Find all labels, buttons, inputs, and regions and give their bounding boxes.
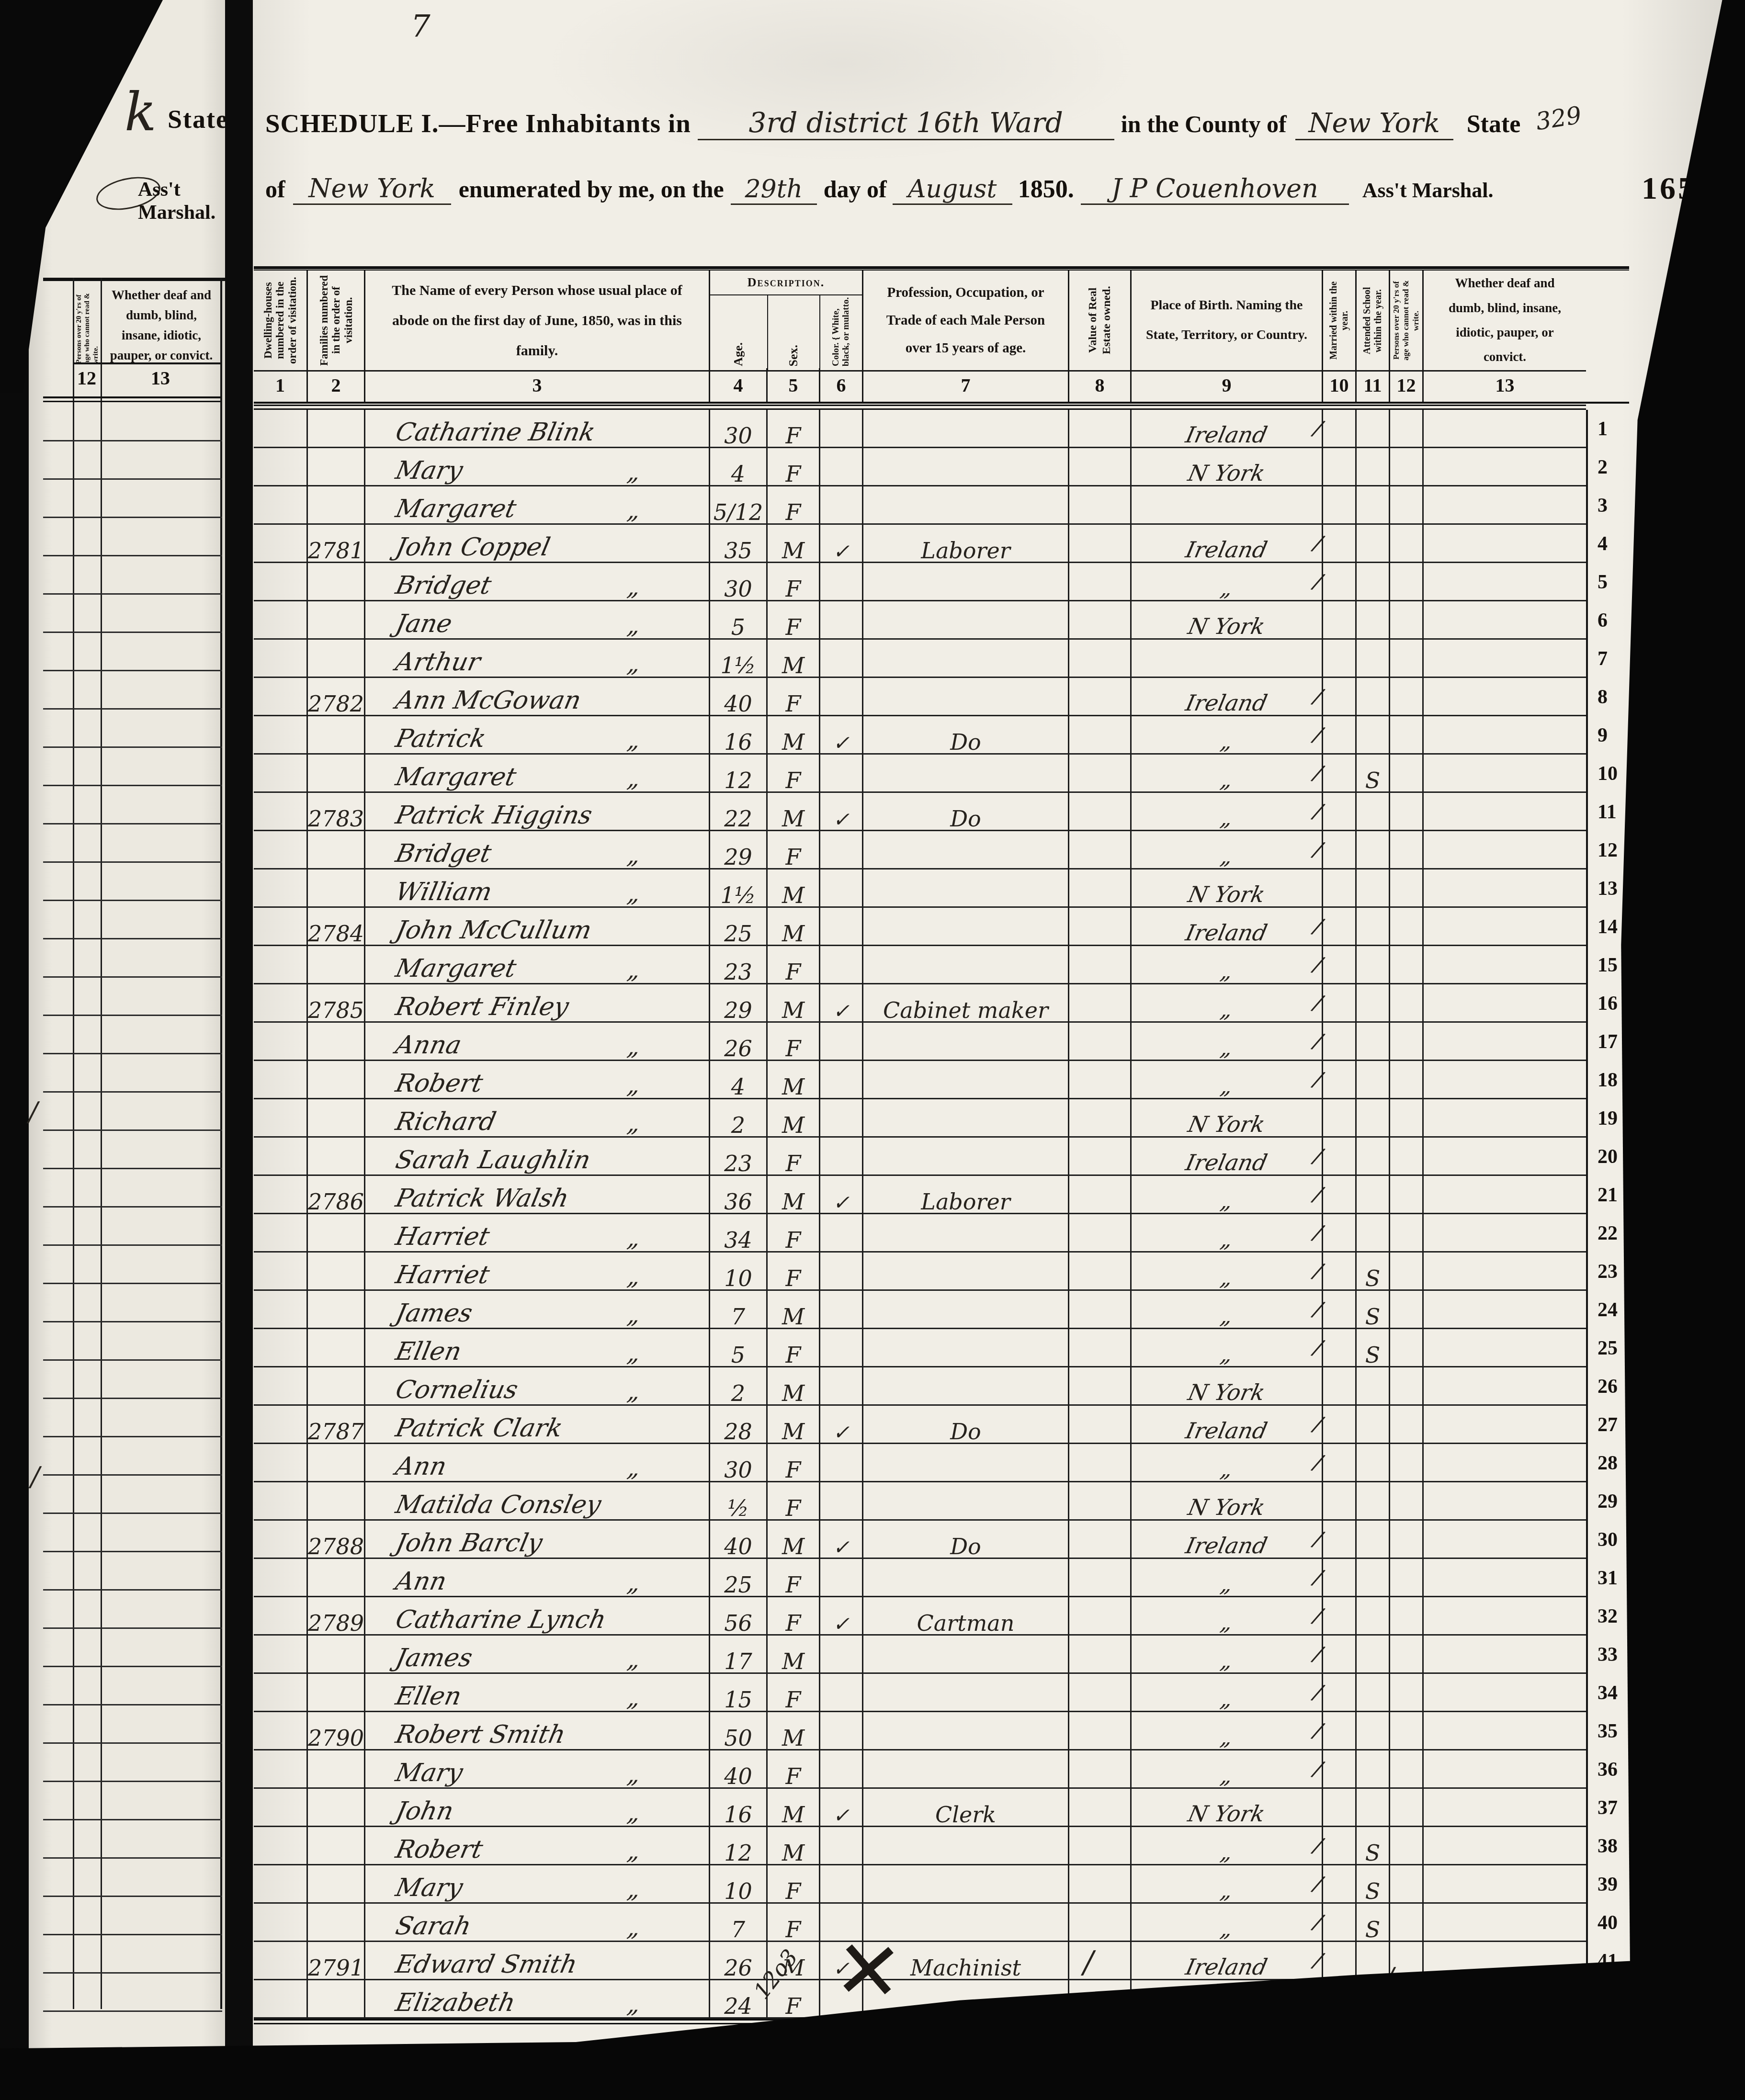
cell-married-within-year (1322, 908, 1355, 946)
person-name: Mary (393, 1759, 465, 1787)
cell-family-number: 2789 (306, 1597, 364, 1636)
ditto-mark: „ (625, 1224, 643, 1252)
cell-sex: M (766, 869, 819, 908)
cell-family-number (306, 755, 364, 793)
cell-cannot-read-write (1389, 1061, 1422, 1099)
birthplace: Ireland (1184, 1956, 1269, 1978)
ditto-mark: „ (625, 1569, 643, 1597)
enumerated-label: enumerated by me, on the (459, 175, 724, 203)
cell-occupation (862, 1099, 1068, 1138)
cell-color-check (819, 1674, 862, 1712)
col-number: 6 (819, 368, 862, 402)
person-name: John Coppel (393, 533, 553, 562)
cell-age: 15 (709, 1674, 766, 1712)
cell-age: 40 (709, 1521, 766, 1559)
cell-age: ½ (709, 1482, 766, 1521)
cell-cannot-read-write (1389, 1865, 1422, 1904)
left-double-rule (43, 396, 222, 402)
row-line-number: 2 (1586, 448, 1629, 486)
cell-occupation: Do (862, 1521, 1068, 1559)
cell-dwelling-number (254, 755, 306, 793)
row-line-number: 29 (1586, 1482, 1629, 1521)
cell-name: Richard „ (364, 1099, 709, 1138)
cell-married-within-year (1322, 1482, 1355, 1521)
birthplace: „ (1219, 1343, 1235, 1365)
cell-family-number (306, 1827, 364, 1865)
cell-cannot-read-write (1389, 1482, 1422, 1521)
cell-deaf-dumb (1422, 486, 1586, 525)
ditto-mark: „ (625, 573, 643, 601)
description-subcolumns: Age. Sex. Color. { White, black, or mula… (710, 295, 862, 370)
cell-color-check: ✓ (819, 793, 862, 831)
cell-color-check (819, 640, 862, 678)
cell-deaf-dumb (1422, 1865, 1586, 1904)
cell-dwelling-number (254, 486, 306, 525)
of-label: of (265, 175, 285, 203)
cell-name: Matilda Consley (364, 1482, 709, 1521)
cell-married-within-year (1322, 1636, 1355, 1674)
district-handwritten: 3rd district 16th Ward (698, 106, 1114, 140)
cell-real-estate-value (1068, 1521, 1130, 1559)
col-number: 7 (862, 368, 1068, 402)
cell-cannot-read-write (1389, 410, 1422, 448)
cell-color-check (819, 410, 862, 448)
person-name: John (393, 1797, 456, 1826)
person-name: Harriet (393, 1222, 492, 1251)
cell-occupation: Cabinet maker (862, 984, 1068, 1023)
person-name: Jane (393, 610, 455, 638)
cell-sex: F (766, 1482, 819, 1521)
cell-real-estate-value (1068, 1291, 1130, 1329)
birthplace: „ (1219, 1879, 1235, 1901)
cell-cannot-read-write (1389, 1406, 1422, 1444)
person-name: John McCullum (393, 916, 594, 945)
cell-deaf-dumb (1422, 601, 1586, 640)
left-state-label: State (168, 104, 228, 134)
cell-family-number (306, 563, 364, 601)
cell-name: John Coppel (364, 525, 709, 563)
person-name: Patrick Higgins (393, 801, 595, 830)
row-line-number: 33 (1586, 1636, 1629, 1674)
cell-cannot-read-write (1389, 1636, 1422, 1674)
cell-cannot-read-write (1389, 1444, 1422, 1482)
cell-cannot-read-write (1389, 1214, 1422, 1253)
cell-cannot-read-write (1389, 1597, 1422, 1636)
cell-married-within-year (1322, 640, 1355, 678)
cell-deaf-dumb (1422, 410, 1586, 448)
table-row: Robert „ 4 M „ ∕ 18 (254, 1061, 1629, 1099)
cell-color-check (819, 486, 862, 525)
cell-sex: F (766, 486, 819, 525)
title-line-2: of New York enumerated by me, on the 29t… (265, 173, 1494, 205)
table-row: Bridget „ 30 F „ ∕ 5 (254, 563, 1629, 601)
cell-real-estate-value (1068, 1674, 1130, 1712)
schedule-label: SCHEDULE I.—Free Inhabitants in (265, 108, 691, 138)
cell-real-estate-value (1068, 601, 1130, 640)
birthplace: Ireland (1184, 424, 1269, 446)
cell-age: 2 (709, 1099, 766, 1138)
cell-color-check (819, 1214, 862, 1253)
cell-attended-school (1355, 1750, 1389, 1789)
person-name: Margaret (393, 763, 519, 791)
cell-occupation (862, 486, 1068, 525)
cell-age: 4 (709, 1061, 766, 1099)
cell-name: John Barcly (364, 1521, 709, 1559)
cell-color-check (819, 1329, 862, 1367)
cell-dwelling-number (254, 1712, 306, 1750)
cell-dwelling-number (254, 1980, 306, 2019)
cell-age: 17 (709, 1636, 766, 1674)
cell-dwelling-number (254, 716, 306, 755)
cell-deaf-dumb (1422, 1329, 1586, 1367)
cell-occupation (862, 1827, 1068, 1865)
cell-attended-school (1355, 1712, 1389, 1750)
person-name: Ann (393, 1452, 449, 1481)
cell-color-check (819, 755, 862, 793)
cell-sex: F (766, 1865, 819, 1904)
birthplace: Ireland (1184, 1152, 1269, 1174)
cell-attended-school (1355, 793, 1389, 831)
cell-age: 56 (709, 1597, 766, 1636)
cell-occupation (862, 1214, 1068, 1253)
birthplace: „ (1219, 1649, 1235, 1671)
row-line-number: 10 (1586, 755, 1629, 793)
cell-sex: M (766, 793, 819, 831)
cell-family-number: 2787 (306, 1406, 364, 1444)
cell-occupation (862, 1559, 1068, 1597)
left-marshal-label: Ass't Marshal. (138, 178, 225, 224)
header-gutter (1586, 271, 1629, 372)
row-line-number: 1 (1586, 410, 1629, 448)
cell-deaf-dumb (1422, 1674, 1586, 1712)
cell-age: 12 (709, 755, 766, 793)
cell-cannot-read-write (1389, 1176, 1422, 1214)
birthplace: N York (1186, 462, 1267, 484)
cell-cannot-read-write (1389, 563, 1422, 601)
day-handwritten: 29th (731, 175, 817, 205)
cell-cannot-read-write (1389, 716, 1422, 755)
cell-real-estate-value (1068, 716, 1130, 755)
cell-attended-school (1355, 1444, 1389, 1482)
numbers-gutter (1586, 368, 1629, 402)
cell-age: 25 (709, 1559, 766, 1597)
cell-age: 5 (709, 1329, 766, 1367)
cell-family-number (306, 1291, 364, 1329)
cell-age: 36 (709, 1176, 766, 1214)
cell-dwelling-number (254, 1597, 306, 1636)
person-name: James (393, 1644, 475, 1672)
row-line-number: 39 (1586, 1865, 1629, 1904)
cell-attended-school: S (1355, 1904, 1389, 1942)
cell-dwelling-number (254, 1674, 306, 1712)
cell-name: Patrick Higgins (364, 793, 709, 831)
cell-birthplace: Ireland ∕ (1130, 1942, 1322, 1980)
cell-occupation (862, 678, 1068, 716)
county-label: in the County of (1121, 110, 1287, 138)
cell-sex: M (766, 1521, 819, 1559)
cell-occupation (862, 908, 1068, 946)
cell-married-within-year (1322, 984, 1355, 1023)
birthplace: „ (1219, 845, 1235, 867)
cell-birthplace: „ ∕ (1130, 1559, 1322, 1597)
cell-family-number (306, 1636, 364, 1674)
cell-attended-school (1355, 1061, 1389, 1099)
cell-family-number (306, 410, 364, 448)
cell-age: 30 (709, 563, 766, 601)
cell-married-within-year (1322, 755, 1355, 793)
cell-occupation: Cartman (862, 1597, 1068, 1636)
cell-family-number (306, 486, 364, 525)
cell-deaf-dumb (1422, 1636, 1586, 1674)
person-name: Sarah (393, 1912, 474, 1941)
cell-deaf-dumb (1422, 1023, 1586, 1061)
cell-occupation (862, 1750, 1068, 1789)
birthplace: N York (1186, 615, 1267, 637)
col-header-sex: Sex. (767, 295, 819, 370)
cell-occupation (862, 1138, 1068, 1176)
person-name: Harriet (393, 1261, 492, 1289)
col-number: 9 (1130, 368, 1322, 402)
table-row: 2786 Patrick Walsh 36 M ✓ Laborer „ ∕ 21 (254, 1176, 1629, 1214)
cell-birthplace: „ ∕ (1130, 563, 1322, 601)
cell-family-number (306, 1023, 364, 1061)
cell-family-number (306, 1329, 364, 1367)
left-col13-header: Whether deaf and dumb, blind, insane, id… (103, 287, 220, 364)
birthplace: „ (1219, 1688, 1235, 1710)
row-line-number: 26 (1586, 1367, 1629, 1406)
cell-dwelling-number (254, 1521, 306, 1559)
cell-attended-school (1355, 1521, 1389, 1559)
birthplace: „ (1219, 1266, 1235, 1288)
col-header-school: Attended School within the year. (1355, 271, 1389, 372)
cell-sex: F (766, 1559, 819, 1597)
cell-deaf-dumb (1422, 640, 1586, 678)
left-table-top-rule (43, 278, 225, 281)
cell-married-within-year (1322, 1904, 1355, 1942)
col-header-name: The Name of every Person whose usual pla… (364, 271, 709, 372)
cell-dwelling-number (254, 1329, 306, 1367)
cell-real-estate-value (1068, 1444, 1130, 1482)
cell-deaf-dumb (1422, 1827, 1586, 1865)
cell-dwelling-number (254, 1138, 306, 1176)
birthplace: „ (1219, 1726, 1235, 1748)
cell-birthplace: N York (1130, 1482, 1322, 1521)
cell-birthplace: „ ∕ (1130, 1214, 1322, 1253)
cell-married-within-year (1322, 1750, 1355, 1789)
cell-occupation (862, 1061, 1068, 1099)
cell-sex: M (766, 1827, 819, 1865)
person-name: Robert (393, 1835, 486, 1864)
ditto-mark: „ (625, 497, 643, 524)
cell-family-number (306, 1099, 364, 1138)
table-row: Matilda Consley ½ F N York 29 (254, 1482, 1629, 1521)
cell-deaf-dumb (1422, 946, 1586, 984)
cell-family-number (306, 1138, 364, 1176)
cell-married-within-year (1322, 563, 1355, 601)
cell-dwelling-number (254, 640, 306, 678)
table-row: Catharine Blink 30 F Ireland ∕ 1 (254, 410, 1629, 448)
cell-age: 5 (709, 601, 766, 640)
cell-age: 30 (709, 1444, 766, 1482)
cell-dwelling-number (254, 1636, 306, 1674)
cell-family-number (306, 869, 364, 908)
cell-real-estate-value (1068, 1559, 1130, 1597)
cell-married-within-year (1322, 1942, 1355, 1980)
cell-dwelling-number (254, 525, 306, 563)
cell-married-within-year (1322, 1865, 1355, 1904)
cell-family-number: 2783 (306, 793, 364, 831)
cell-name: Robert „ (364, 1061, 709, 1099)
cell-birthplace: „ ∕ (1130, 1253, 1322, 1291)
cell-attended-school (1355, 1789, 1389, 1827)
cell-name: Patrick Clark (364, 1406, 709, 1444)
birthplace: Ireland (1184, 1420, 1269, 1442)
cell-attended-school: S (1355, 1329, 1389, 1367)
cell-age: 29 (709, 831, 766, 869)
cell-attended-school (1355, 601, 1389, 640)
row-line-number: 35 (1586, 1712, 1629, 1750)
birthplace: „ (1219, 1228, 1235, 1250)
cell-cannot-read-write (1389, 525, 1422, 563)
cell-married-within-year (1322, 1827, 1355, 1865)
cell-deaf-dumb (1422, 869, 1586, 908)
cell-family-number: 2785 (306, 984, 364, 1023)
ditto-mark: „ (625, 1071, 643, 1099)
person-name: Patrick Walsh (393, 1184, 572, 1213)
cell-married-within-year (1322, 1789, 1355, 1827)
cell-cannot-read-write (1389, 486, 1422, 525)
marshal-label: Ass't Marshal. (1362, 178, 1494, 203)
birthplace: „ (1219, 1918, 1235, 1940)
cell-deaf-dumb (1422, 831, 1586, 869)
cell-color-check (819, 946, 862, 984)
cell-family-number (306, 831, 364, 869)
cell-name: Robert Finley (364, 984, 709, 1023)
cell-married-within-year (1322, 410, 1355, 448)
person-name: Edward Smith (393, 1950, 580, 1979)
cell-deaf-dumb (1422, 1597, 1586, 1636)
col-header-profession: Profession, Occupation, or Trade of each… (862, 271, 1068, 372)
cell-cannot-read-write (1389, 1559, 1422, 1597)
cell-dwelling-number (254, 1023, 306, 1061)
ditto-mark: „ (625, 726, 643, 754)
col-number: 13 (1422, 368, 1586, 402)
table-row: 2790 Robert Smith 50 M „ ∕ 35 (254, 1712, 1629, 1750)
person-name: Margaret (393, 495, 519, 523)
col-number: 8 (1068, 368, 1130, 402)
cell-family-number (306, 1674, 364, 1712)
main-page: 7 SCHEDULE I.—Free Inhabitants in 3rd di… (253, 0, 1724, 2100)
cell-attended-school (1355, 1176, 1389, 1214)
row-line-number: 8 (1586, 678, 1629, 716)
cell-age: 40 (709, 1750, 766, 1789)
cell-name: Jane „ (364, 601, 709, 640)
person-name: Ellen (393, 1337, 464, 1366)
cell-age: 29 (709, 984, 766, 1023)
cell-dwelling-number (254, 984, 306, 1023)
cell-real-estate-value (1068, 486, 1130, 525)
cell-married-within-year (1322, 1444, 1355, 1482)
ditto-mark: „ (625, 1914, 643, 1942)
cell-occupation (862, 1712, 1068, 1750)
cell-deaf-dumb (1422, 1406, 1586, 1444)
person-name: Anna (393, 1031, 464, 1060)
cell-color-check (819, 1099, 862, 1138)
cell-attended-school (1355, 946, 1389, 984)
col-header-real-estate: Value of Real Estate owned. (1068, 271, 1130, 372)
cell-dwelling-number (254, 601, 306, 640)
col-header-married: Married within the year. (1322, 271, 1355, 372)
cell-deaf-dumb (1422, 1061, 1586, 1099)
cell-real-estate-value (1068, 1138, 1130, 1176)
cell-birthplace: Ireland ∕ (1130, 1138, 1322, 1176)
left-col12-number: 12 (73, 367, 101, 389)
cell-attended-school (1355, 869, 1389, 908)
cell-dwelling-number (254, 1367, 306, 1406)
table-row: 2785 Robert Finley 29 M ✓ Cabinet maker … (254, 984, 1629, 1023)
pen-slash-mark: ∕ (1083, 1945, 1094, 1980)
birthplace: Ireland (1184, 1535, 1269, 1557)
cell-cannot-read-write (1389, 1253, 1422, 1291)
cell-cannot-read-write (1389, 1521, 1422, 1559)
year-label: 1850. (1018, 175, 1074, 203)
cell-married-within-year (1322, 1406, 1355, 1444)
col-header-dwelling: Dwelling-houses numbered in the order of… (254, 271, 306, 372)
cell-color-check (819, 678, 862, 716)
birthplace: „ (1219, 768, 1235, 790)
birthplace: „ (1219, 1190, 1235, 1212)
cell-deaf-dumb (1422, 716, 1586, 755)
person-name: Patrick Clark (393, 1414, 566, 1443)
birthplace: „ (1219, 1037, 1235, 1059)
ditto-mark: „ (625, 1761, 643, 1788)
cell-dwelling-number (254, 1482, 306, 1521)
cell-name: Margaret „ (364, 486, 709, 525)
cell-color-check (819, 1482, 862, 1521)
cell-cannot-read-write (1389, 946, 1422, 984)
cell-cannot-read-write (1389, 1367, 1422, 1406)
cell-married-within-year (1322, 1023, 1355, 1061)
person-name: Bridget (393, 839, 494, 868)
ditto-mark: „ (625, 841, 643, 869)
column-numbers-row: 1 2 3 4 5 6 7 8 9 10 11 12 13 (254, 368, 1629, 404)
cell-family-number (306, 1750, 364, 1789)
ditto-mark: „ (625, 650, 643, 677)
table-row: Margaret „ 5/12 F 3 (254, 486, 1629, 525)
person-name: Robert Smith (393, 1720, 568, 1749)
cell-real-estate-value (1068, 448, 1130, 486)
cell-birthplace: N York (1130, 1099, 1322, 1138)
ditto-mark: „ (625, 956, 643, 984)
col-number: 2 (306, 368, 364, 402)
cell-cannot-read-write (1389, 1712, 1422, 1750)
cell-color-check (819, 1291, 862, 1329)
cell-sex: F (766, 1329, 819, 1367)
row-line-number: 5 (1586, 563, 1629, 601)
ditto-mark: „ (625, 1301, 643, 1329)
cell-color-check (819, 1253, 862, 1291)
cell-sex: M (766, 1636, 819, 1674)
state-handwritten: New York (293, 173, 451, 205)
table-row: Jane „ 5 F N York 6 (254, 601, 1629, 640)
person-name: Bridget (393, 571, 494, 600)
cell-married-within-year (1322, 946, 1355, 984)
cell-birthplace: N York (1130, 869, 1322, 908)
person-name: Ann McGowan (393, 686, 584, 715)
cell-attended-school (1355, 1636, 1389, 1674)
cell-birthplace: N York (1130, 448, 1322, 486)
table-row: Patrick „ 16 M ✓ Do „ ∕ 9 (254, 716, 1629, 755)
